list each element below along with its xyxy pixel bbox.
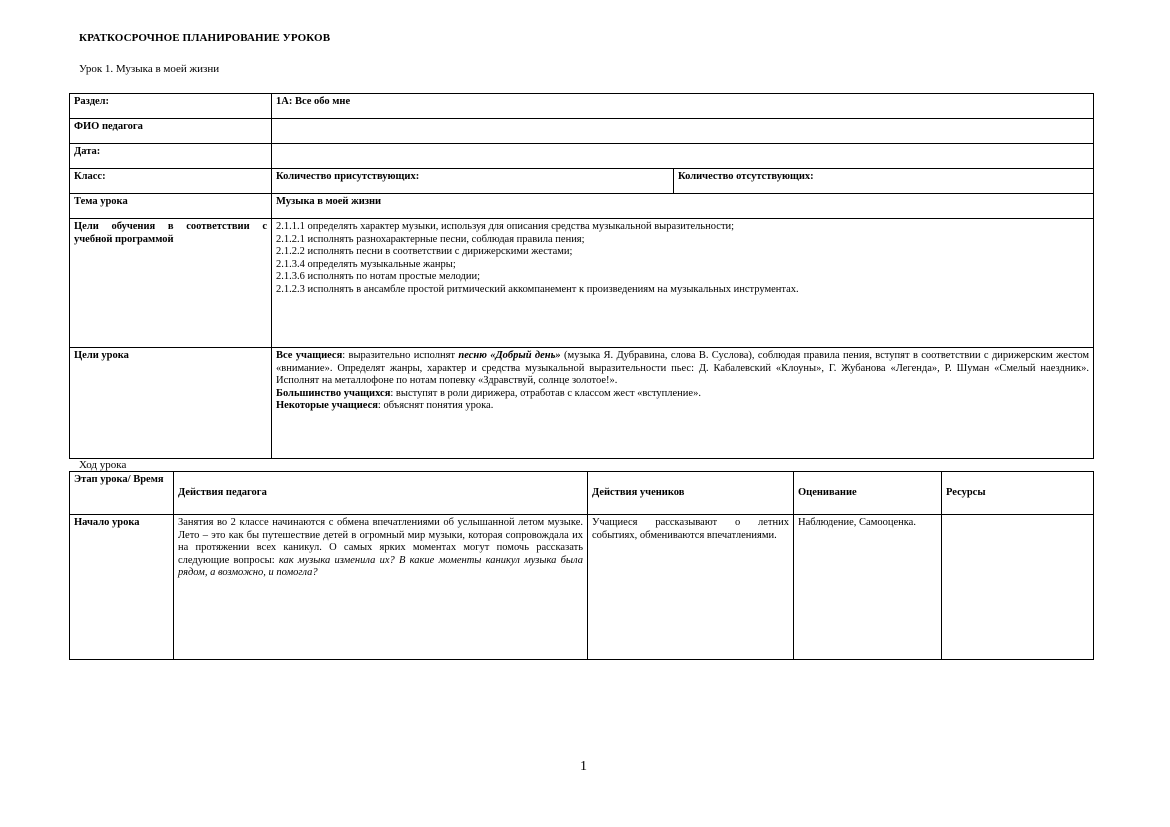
lesson-goals-text: Все учащиеся: выразительно исполнят песн… <box>272 348 1094 459</box>
present-count-label: Количество присутствующих: <box>272 169 674 194</box>
teacher-value <box>272 119 1094 144</box>
topic-row: Тема урока Музыка в моей жизни <box>70 194 1094 219</box>
flow-header-row: Этап урока/ Время Действия педагога Дейс… <box>70 472 1094 515</box>
lesson-info-table: Раздел: 1А: Все обо мне ФИО педагога Дат… <box>69 93 1094 459</box>
section-label: Раздел: <box>70 94 272 119</box>
objective-item: 2.1.2.1 исполнять разнохарактерные песни… <box>276 234 1089 247</box>
date-row: Дата: <box>70 144 1094 169</box>
teacher-row: ФИО педагога <box>70 119 1094 144</box>
objectives-label: Цели обучения в соответствии с учебной п… <box>70 219 272 348</box>
objectives-list: 2.1.1.1 определять характер музыки, испо… <box>272 219 1094 348</box>
goals-all-label: Все учащиеся <box>276 350 342 361</box>
date-value <box>272 144 1094 169</box>
goals-all-text: : выразительно исполнят <box>342 350 458 361</box>
stage-cell: Начало урока <box>70 515 174 660</box>
section-row: Раздел: 1А: Все обо мне <box>70 94 1094 119</box>
absent-count-label: Количество отсутствующих: <box>674 169 1094 194</box>
document-title: КРАТКОСРОЧНОЕ ПЛАНИРОВАНИЕ УРОКОВ <box>79 32 330 44</box>
header-assessment: Оценивание <box>794 472 942 515</box>
header-student-actions: Действия учеников <box>588 472 794 515</box>
teacher-label: ФИО педагога <box>70 119 272 144</box>
goals-song-title: песню «Добрый день» <box>458 350 560 361</box>
goals-some-label: Некоторые учащиеся <box>276 400 378 411</box>
goals-most-text: : выступят в роли дирижера, отработав с … <box>390 388 701 399</box>
goals-all-students: Все учащиеся: выразительно исполнят песн… <box>276 350 1089 388</box>
goals-some-text: : объяснят понятия урока. <box>378 400 493 411</box>
goals-most-students: Большинство учащихся: выступят в роли ди… <box>276 388 1089 401</box>
table-row: Начало урока Занятия во 2 классе начинаю… <box>70 515 1094 660</box>
header-resources: Ресурсы <box>942 472 1094 515</box>
goals-some-students: Некоторые учащиеся: объяснят понятия уро… <box>276 400 1089 413</box>
teacher-actions-cell: Занятия во 2 классе начинаются с обмена … <box>174 515 588 660</box>
topic-value: Музыка в моей жизни <box>272 194 1094 219</box>
lesson-flow-table: Этап урока/ Время Действия педагога Дейс… <box>69 471 1094 660</box>
section-value: 1А: Все обо мне <box>272 94 1094 119</box>
lesson-flow-label: Ход урока <box>79 459 126 471</box>
lesson-goals-label: Цели урока <box>70 348 272 459</box>
page-number: 1 <box>580 759 587 775</box>
student-actions-cell: Учащиеся рассказывают о летних событиях,… <box>588 515 794 660</box>
topic-label: Тема урока <box>70 194 272 219</box>
objective-item: 2.1.2.3 исполнять в ансамбле простой рит… <box>276 284 1089 297</box>
assessment-cell: Наблюдение, Самооценка. <box>794 515 942 660</box>
objective-item: 2.1.2.2 исполнять песни в соответствии с… <box>276 246 1089 259</box>
lesson-subtitle: Урок 1. Музыка в моей жизни <box>79 63 219 75</box>
class-row: Класс: Количество присутствующих: Количе… <box>70 169 1094 194</box>
objective-item: 2.1.1.1 определять характер музыки, испо… <box>276 221 1089 234</box>
objective-item: 2.1.3.6 исполнять по нотам простые мелод… <box>276 271 1089 284</box>
header-stage: Этап урока/ Время <box>70 472 174 515</box>
class-label: Класс: <box>70 169 272 194</box>
date-label: Дата: <box>70 144 272 169</box>
lesson-goals-row: Цели урока Все учащиеся: выразительно ис… <box>70 348 1094 459</box>
resources-cell <box>942 515 1094 660</box>
header-teacher-actions: Действия педагога <box>174 472 588 515</box>
objective-item: 2.1.3.4 определять музыкальные жанры; <box>276 259 1089 272</box>
objectives-row: Цели обучения в соответствии с учебной п… <box>70 219 1094 348</box>
goals-most-label: Большинство учащихся <box>276 388 390 399</box>
